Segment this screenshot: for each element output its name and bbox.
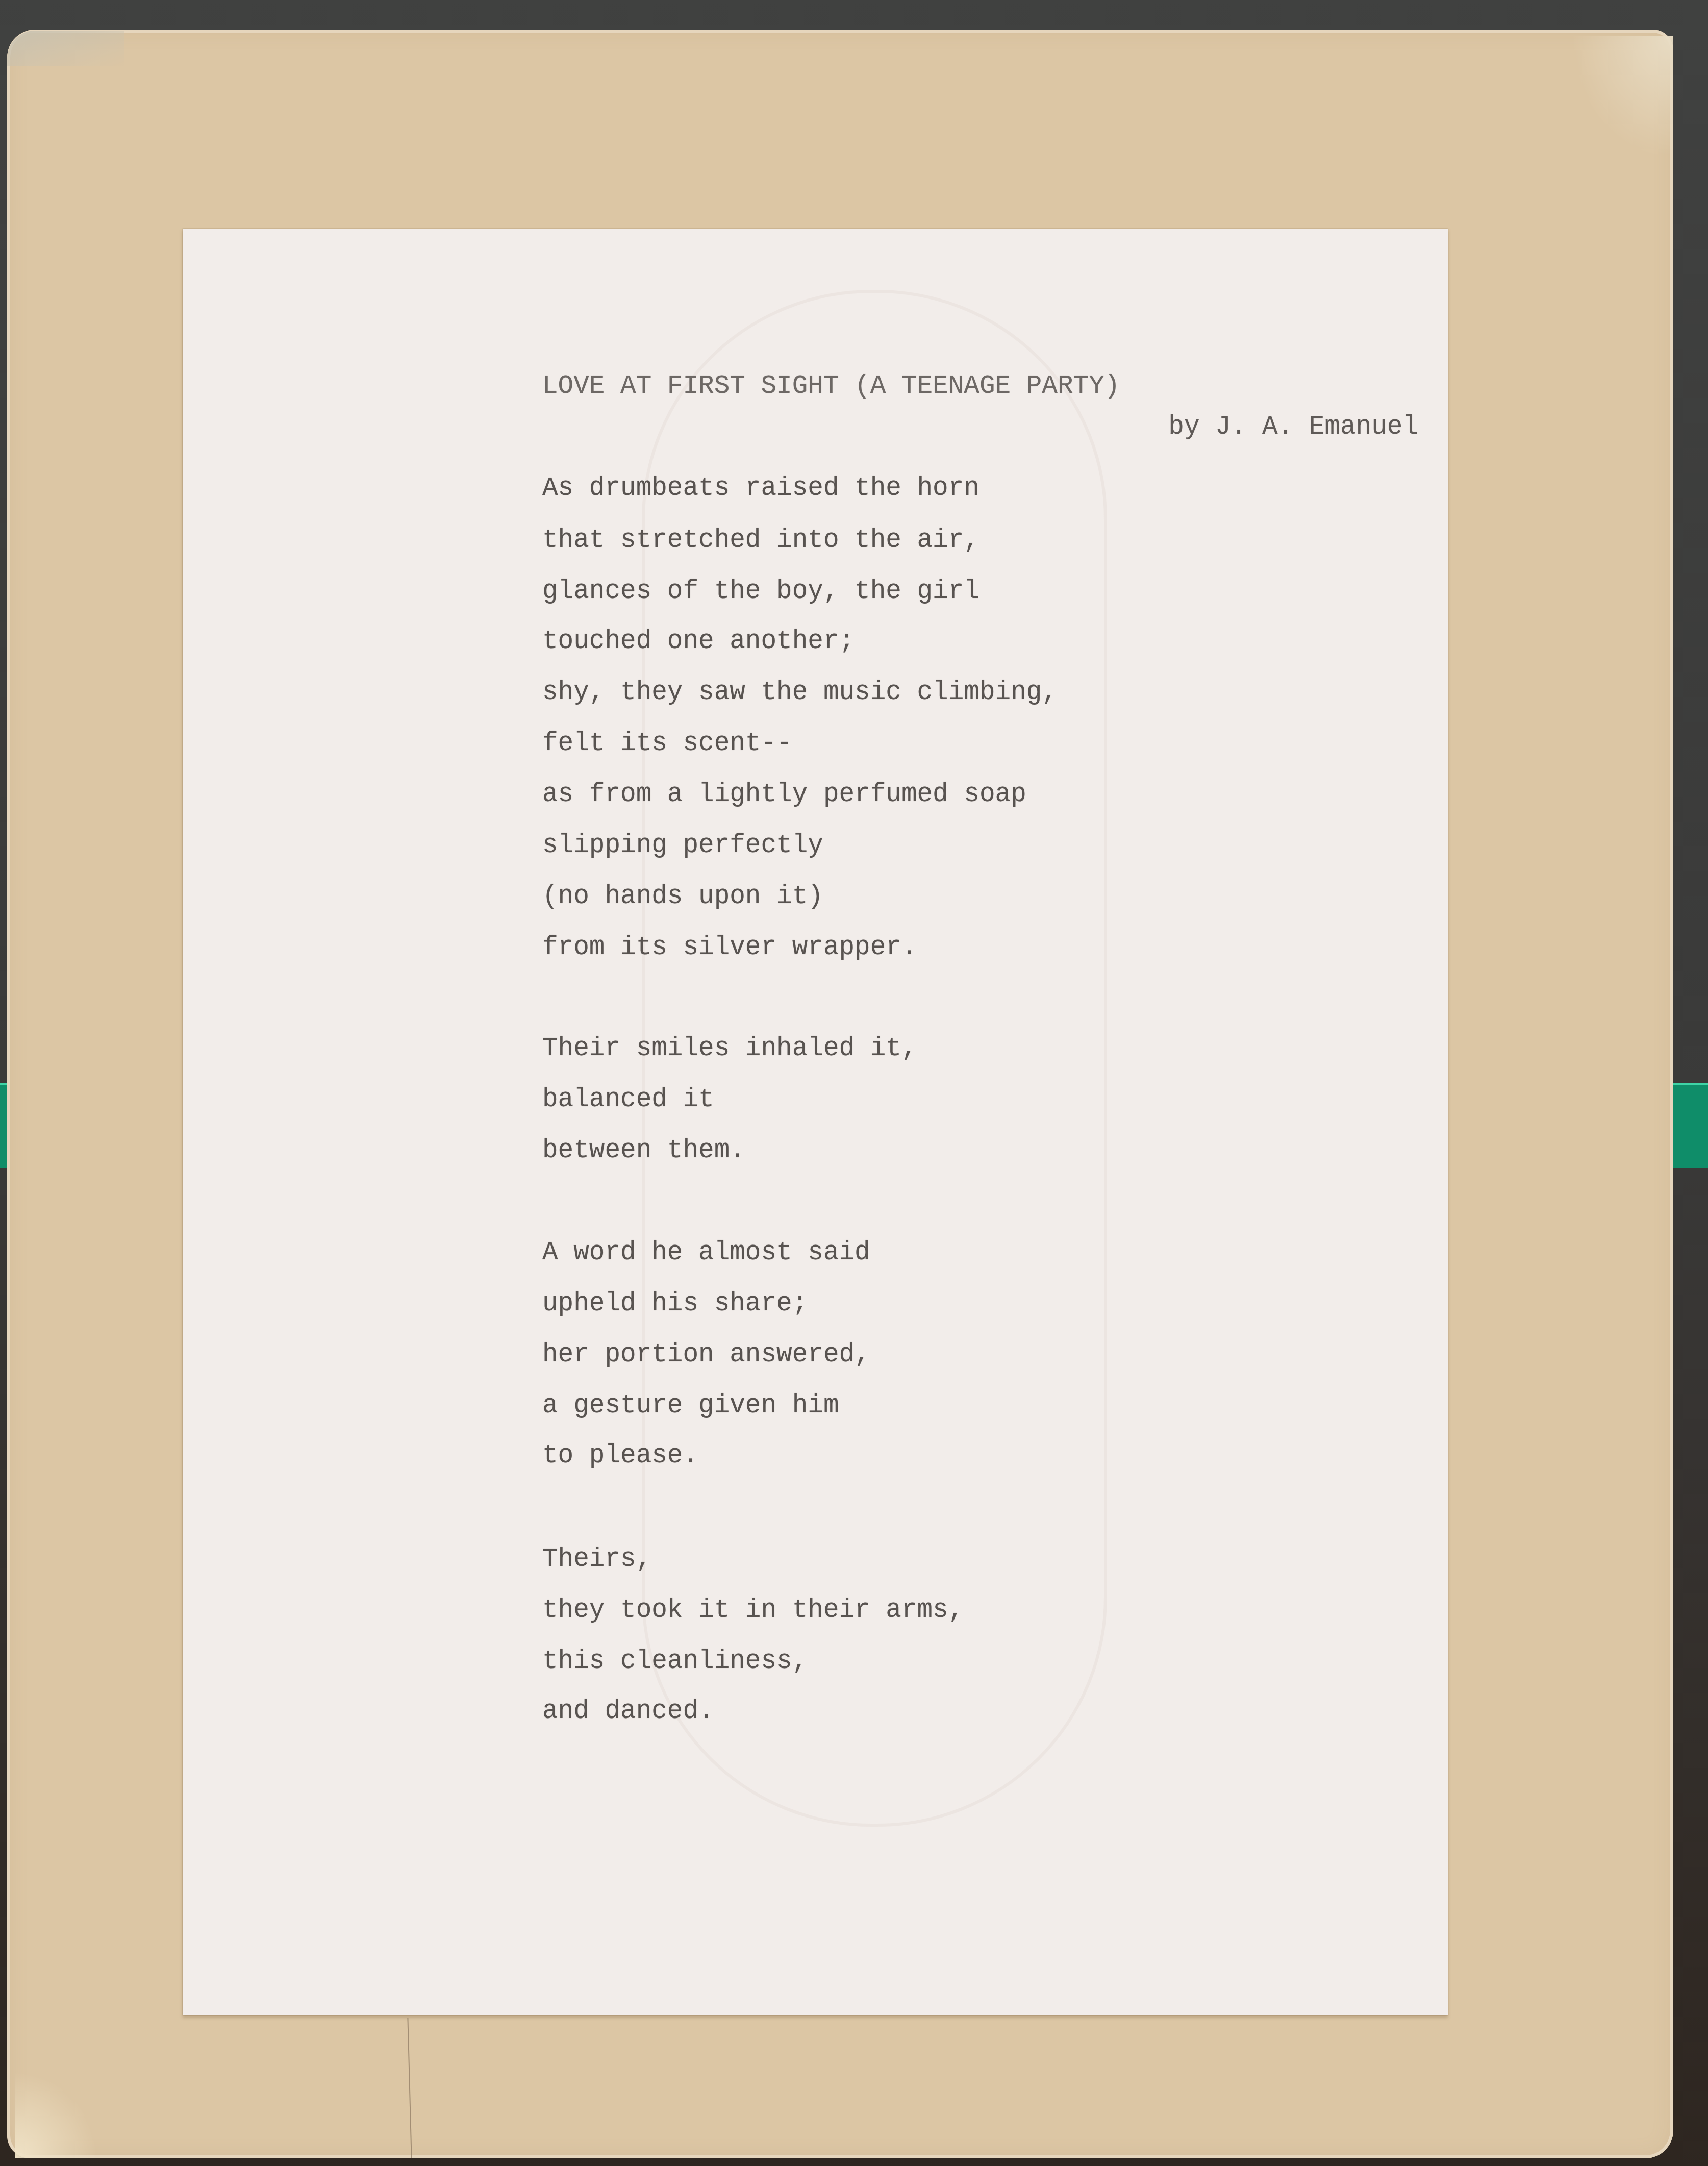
poem-line: her portion answered,	[542, 1340, 870, 1371]
poem-line: felt its scent--	[542, 729, 792, 759]
board-corner-wear	[7, 31, 124, 66]
poem-line: shy, they saw the music climbing,	[542, 678, 1058, 708]
poem-title: LOVE AT FIRST SIGHT (A TEENAGE PARTY)	[542, 371, 1120, 402]
poem-line: and danced.	[542, 1697, 714, 1727]
poem-line: to please.	[542, 1441, 698, 1472]
poem-line: As drumbeats raised the horn	[542, 474, 979, 504]
poem-line: a gesture given him	[542, 1391, 839, 1422]
poem-line: as from a lightly perfumed soap	[542, 780, 1026, 810]
poem-line: (no hands upon it)	[542, 882, 823, 912]
poem-line: Their smiles inhaled it,	[542, 1034, 917, 1064]
poem-line: between them.	[542, 1136, 745, 1166]
poem-line: slipping perfectly	[542, 831, 823, 861]
board-corner-wear	[15, 2072, 97, 2158]
poem-line: touched one another;	[542, 627, 855, 657]
poem-author: by J. A. Emanuel	[1168, 412, 1418, 443]
poem-line: from its silver wrapper.	[542, 933, 917, 963]
poem-line: A word he almost said	[542, 1238, 870, 1268]
poem-line: they took it in their arms,	[542, 1596, 964, 1626]
poem-line: this cleanliness,	[542, 1647, 808, 1677]
poem-line: upheld his share;	[542, 1289, 808, 1319]
poem-line: that stretched into the air,	[542, 526, 979, 556]
poem-line: Theirs,	[542, 1545, 651, 1575]
board-corner-wear	[1571, 36, 1673, 158]
poem-line: glances of the boy, the girl	[542, 577, 979, 607]
poem-line: balanced it	[542, 1085, 714, 1115]
